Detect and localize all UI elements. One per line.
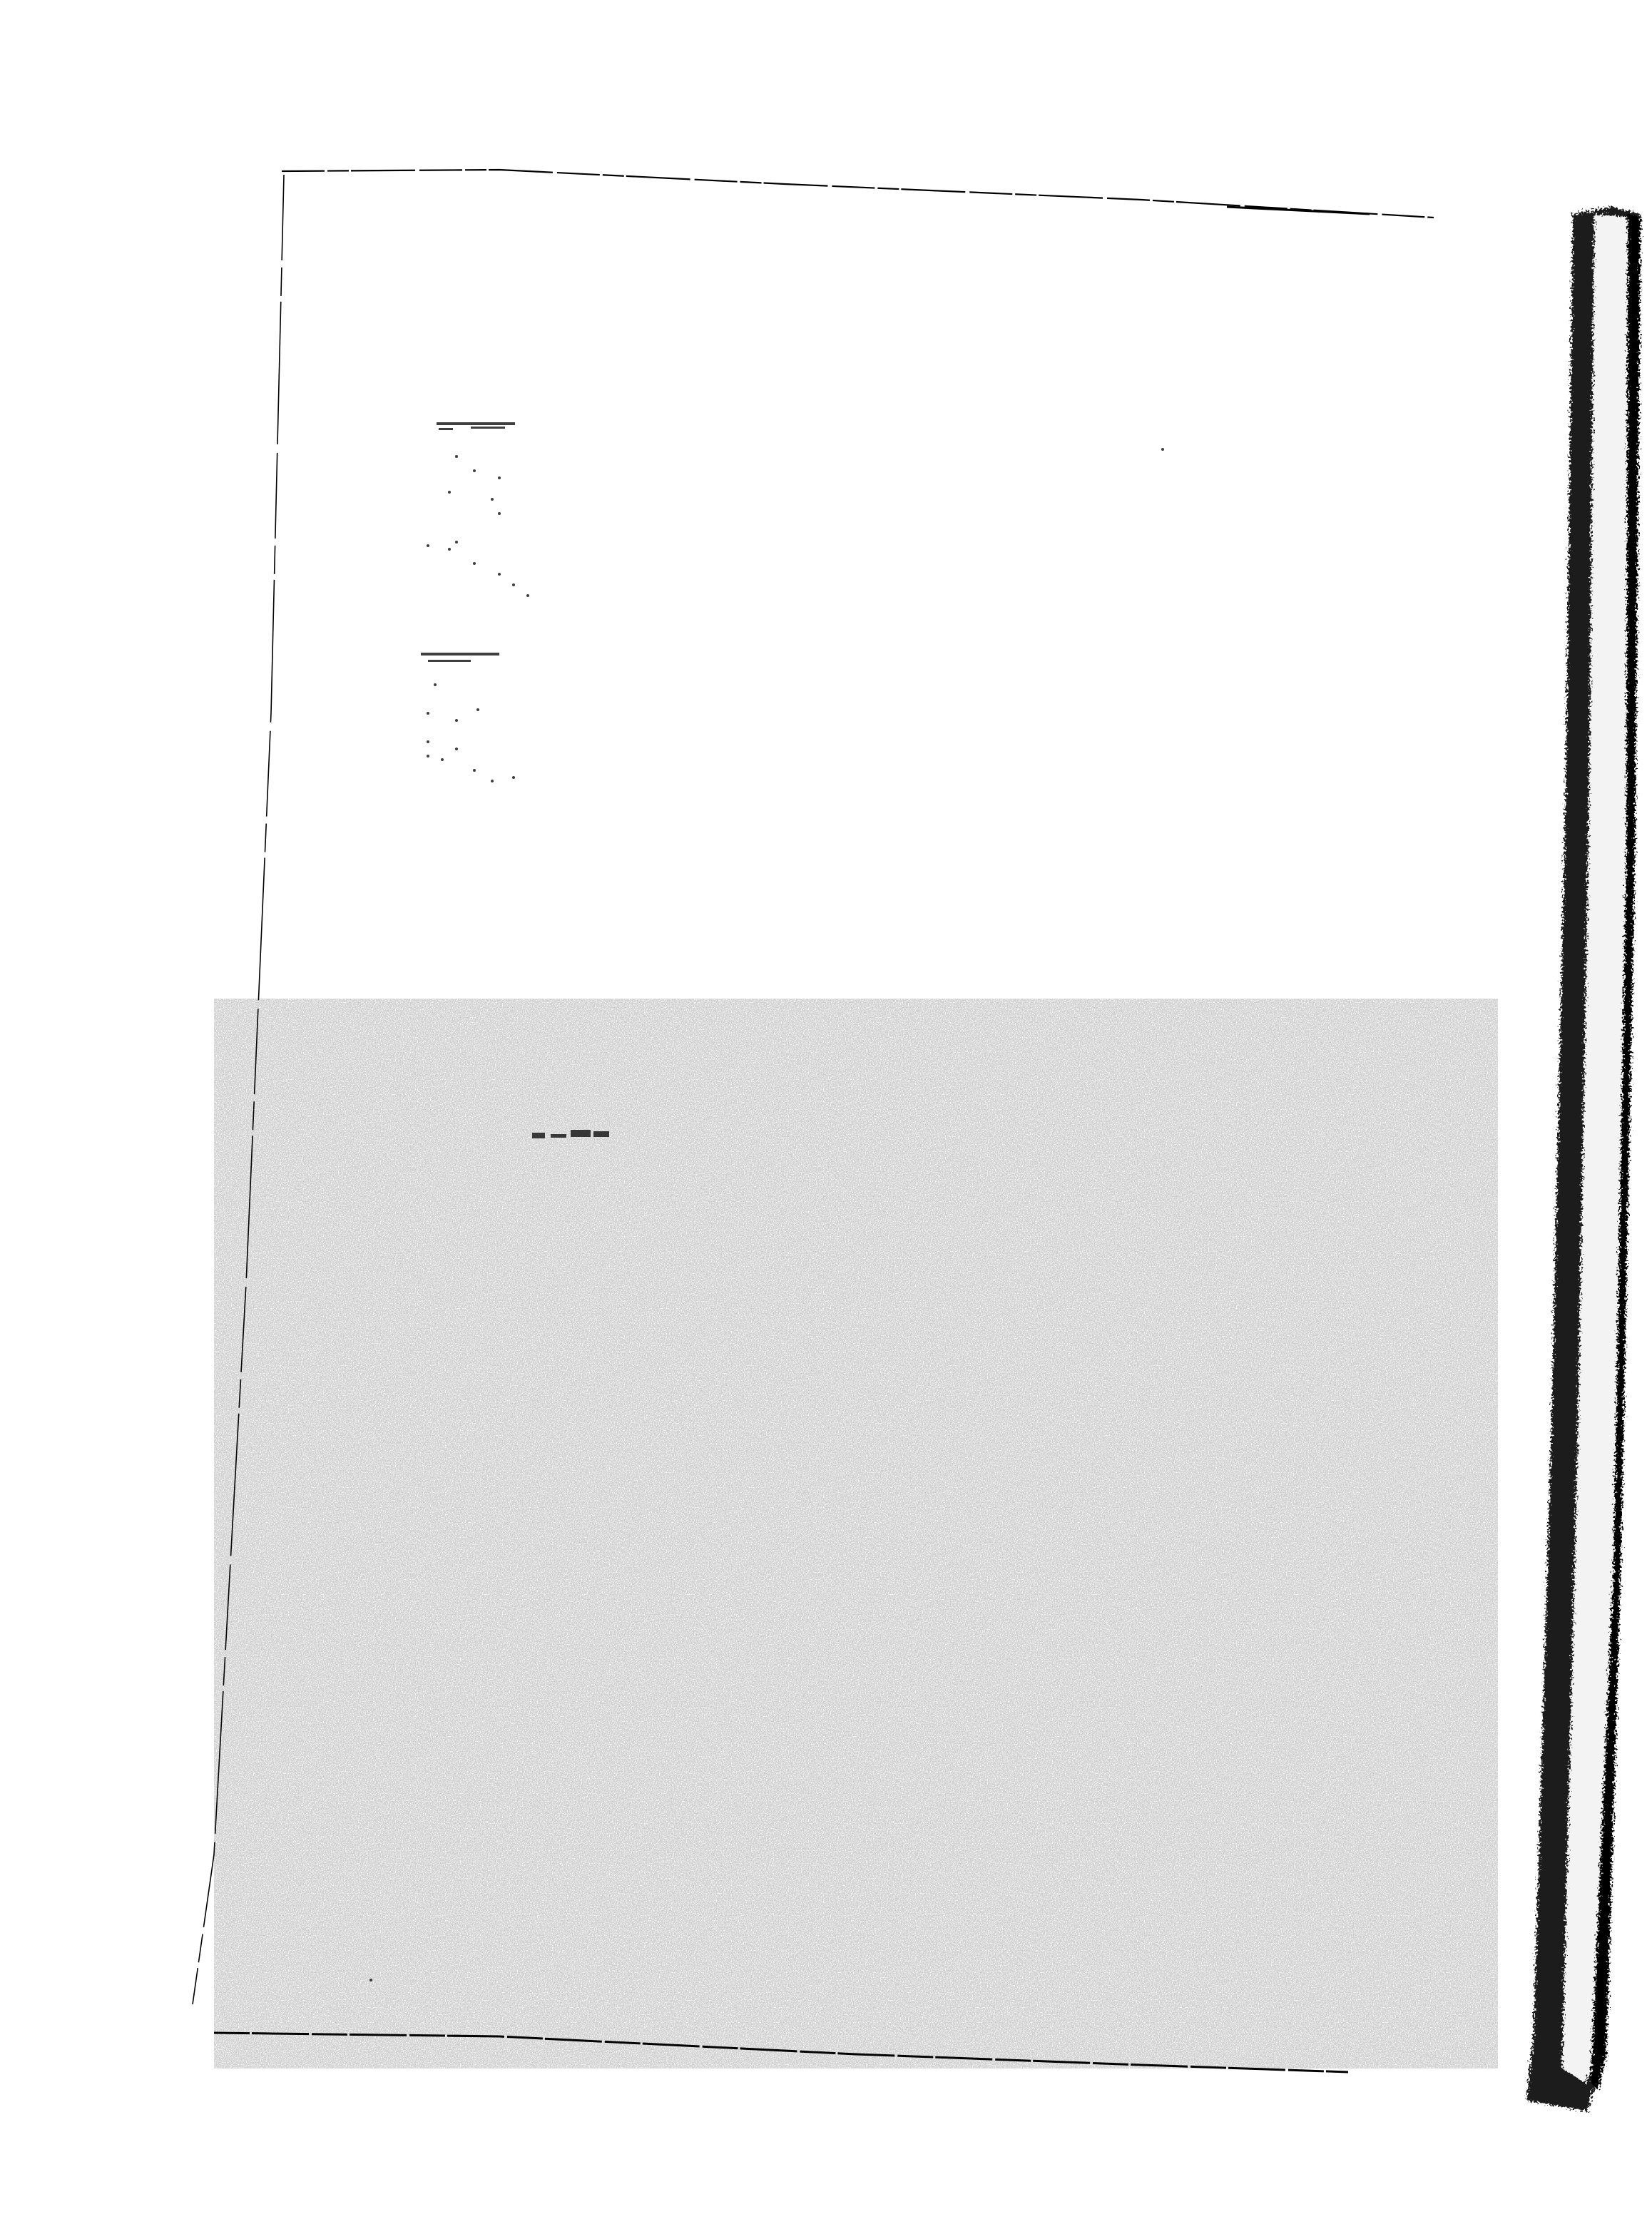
page-scan-artwork [0,0,1652,2219]
bleed-mark-2 [421,653,515,782]
page-top-edge [282,170,1434,218]
bleed-mark-1 [427,422,529,597]
paper-speckle [214,999,1498,2068]
scanned-page [0,0,1652,2219]
book-spine-edge [1526,207,1641,2111]
